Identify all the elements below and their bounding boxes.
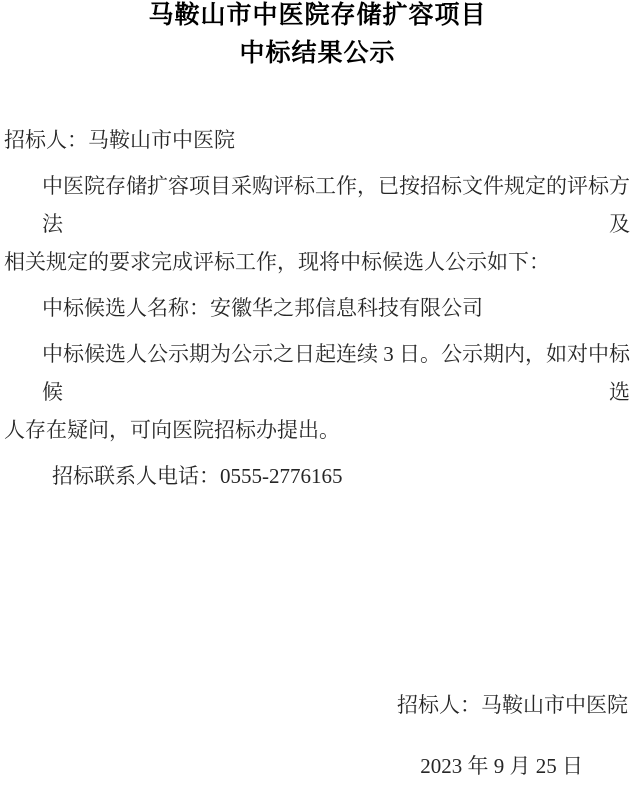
winner-name-line: 中标候选人名称：安徽华之邦信息科技有限公司 — [4, 289, 630, 327]
title-line-2: 中标结果公示 — [0, 34, 635, 72]
publicity-period-line-1: 中标候选人公示期为公示之日起连续 3 日。公示期内，如对中标候选 — [4, 335, 630, 411]
document-page: 马鞍山市中医院存储扩容项目 中标结果公示 招标人：马鞍山市中医院 中医院存储扩容… — [0, 0, 635, 805]
evaluation-line-1: 中医院存储扩容项目采购评标工作，已按招标文件规定的评标方法及 — [4, 167, 630, 243]
title-line-1: 马鞍山市中医院存储扩容项目 — [0, 0, 635, 34]
date-line: 2023 年 9 月 25 日 — [0, 747, 583, 785]
evaluation-line-2: 相关规定的要求完成评标工作，现将中标候选人公示如下： — [4, 243, 630, 281]
contact-phone-line: 招标联系人电话：0555-2776165 — [4, 457, 630, 495]
bidder-line: 招标人：马鞍山市中医院 — [4, 121, 630, 159]
publicity-period-line-2: 人存在疑问，可向医院招标办提出。 — [4, 411, 630, 449]
paragraph-bidder: 招标人：马鞍山市中医院 — [4, 121, 630, 159]
paragraph-winner-name: 中标候选人名称：安徽华之邦信息科技有限公司 — [4, 289, 630, 327]
paragraph-evaluation: 中医院存储扩容项目采购评标工作，已按招标文件规定的评标方法及 相关规定的要求完成… — [4, 167, 630, 281]
document-body: 招标人：马鞍山市中医院 中医院存储扩容项目采购评标工作，已按招标文件规定的评标方… — [0, 121, 635, 495]
signature-line: 招标人：马鞍山市中医院 — [0, 686, 628, 724]
document-title: 马鞍山市中医院存储扩容项目 中标结果公示 — [0, 0, 635, 72]
paragraph-publicity-period: 中标候选人公示期为公示之日起连续 3 日。公示期内，如对中标候选 人存在疑问，可… — [4, 335, 630, 449]
paragraph-contact-phone: 招标联系人电话：0555-2776165 — [4, 457, 630, 495]
